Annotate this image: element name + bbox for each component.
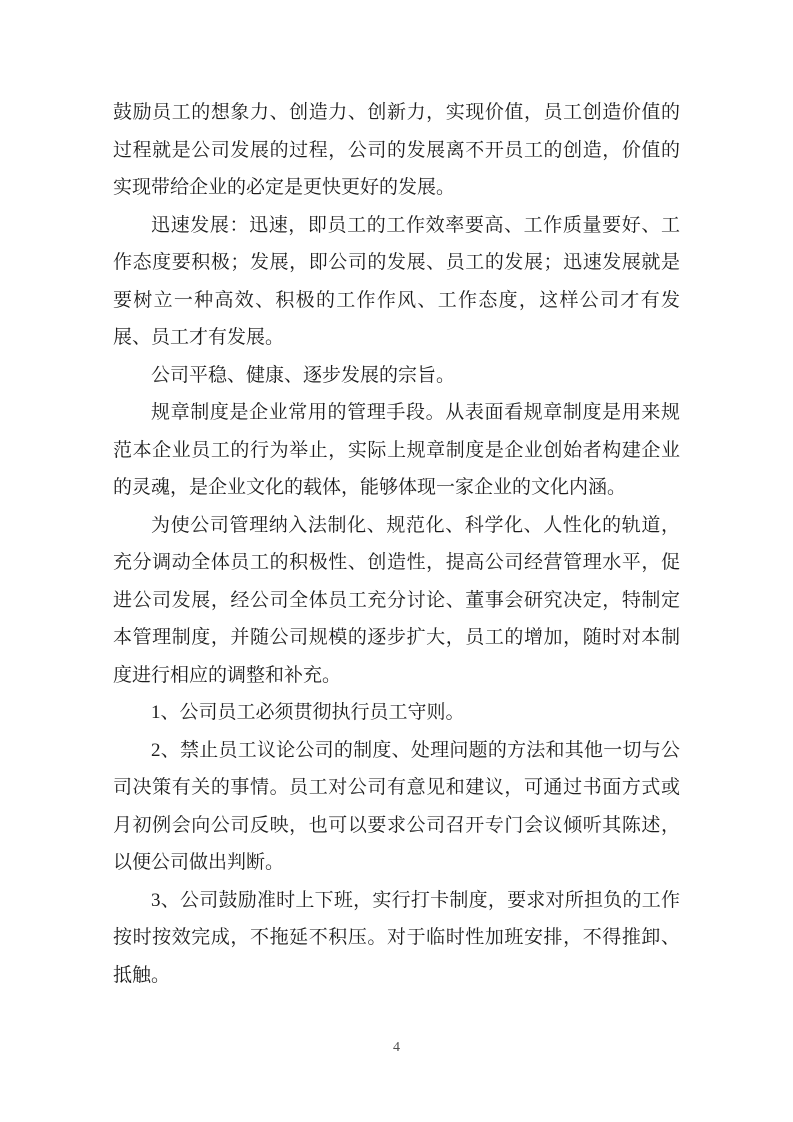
paragraph: 规章制度是企业常用的管理手段。从表面看规章制度是用来规范本企业员工的行为举止，实… [113, 394, 680, 507]
paragraph: 公司平稳、健康、逐步发展的宗旨。 [113, 357, 680, 395]
page-footer: 4 [113, 1038, 680, 1058]
page-number: 4 [393, 1040, 400, 1055]
paragraph: 3、公司鼓励准时上下班，实行打卡制度，要求对所担负的工作按时按效完成，不拖延不积… [113, 882, 680, 995]
paragraph: 鼓励员工的想象力、创造力、创新力，实现价值，员工创造价值的过程就是公司发展的过程… [113, 94, 680, 207]
paragraph: 迅速发展：迅速，即员工的工作效率要高、工作质量要好、工作态度要积极；发展，即公司… [113, 207, 680, 357]
document-body: 鼓励员工的想象力、创造力、创新力，实现价值，员工创造价值的过程就是公司发展的过程… [113, 94, 680, 994]
paragraph: 1、公司员工必须贯彻执行员工守则。 [113, 694, 680, 732]
paragraph: 2、禁止员工议论公司的制度、处理问题的方法和其他一切与公司决策有关的事情。员工对… [113, 732, 680, 882]
document-page: 鼓励员工的想象力、创造力、创新力，实现价值，员工创造价值的过程就是公司发展的过程… [0, 0, 793, 1122]
paragraph: 为使公司管理纳入法制化、规范化、科学化、人性化的轨道，充分调动全体员工的积极性、… [113, 507, 680, 695]
